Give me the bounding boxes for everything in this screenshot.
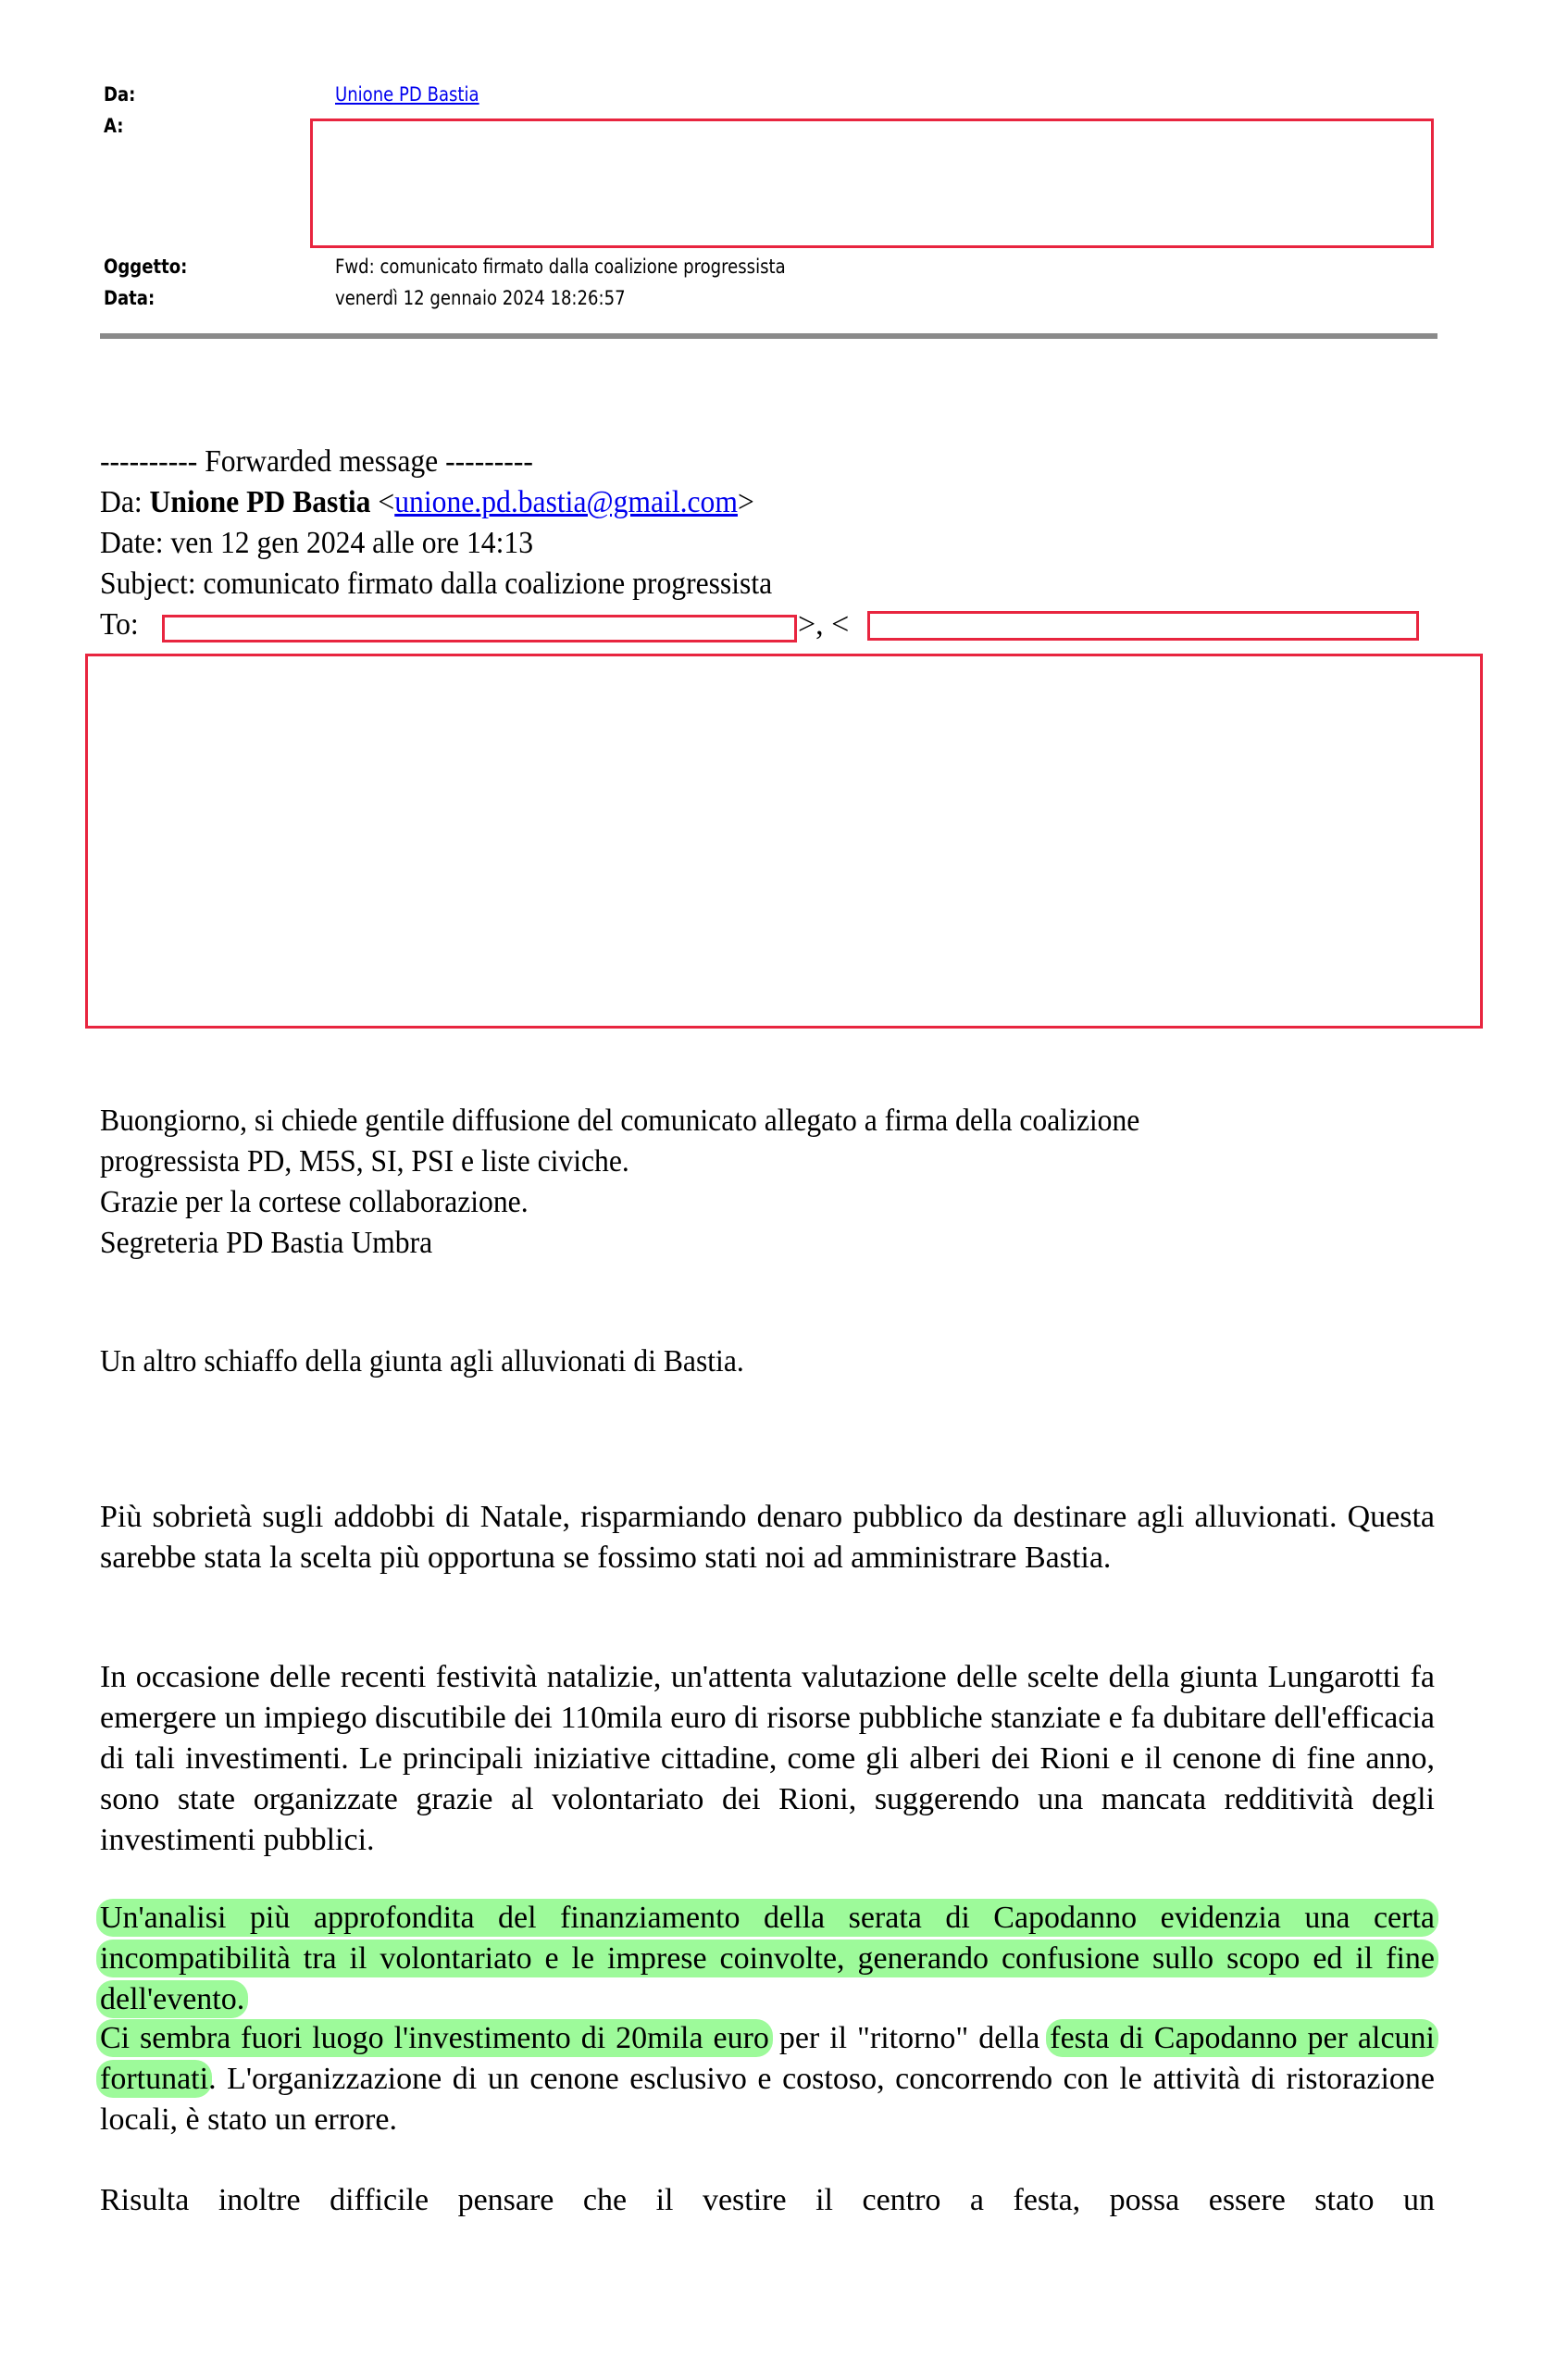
intro-signature: Segreteria PD Bastia Umbra — [100, 1228, 432, 1259]
forwarded-to: To: — [100, 609, 139, 641]
forwarded-date: Date: ven 12 gen 2024 alle ore 14:13 — [100, 528, 533, 559]
to-separator: >, < — [798, 609, 849, 641]
paragraph-5: Risulta inoltre difficile pensare che il… — [100, 2180, 1435, 2221]
redaction-box-recipients — [310, 118, 1434, 248]
date-value: venerdì 12 gennaio 2024 18:26:57 — [335, 287, 626, 309]
redaction-box-to-1 — [162, 615, 797, 642]
bracket-close: > — [738, 485, 754, 519]
subject-label: Oggetto: — [104, 256, 187, 278]
highlight-investment: Ci sembra fuori luogo l'investimento di … — [96, 2019, 773, 2057]
forwarded-banner: ---------- Forwarded message --------- — [100, 446, 533, 478]
paragraph-4: Ci sembra fuori luogo l'investimento di … — [100, 2018, 1435, 2140]
paragraph-3-highlighted: Un'analisi più approfondita del finanzia… — [100, 1898, 1435, 2020]
header-divider — [100, 333, 1437, 339]
intro-line-1: Buongiorno, si chiede gentile diffusione… — [100, 1105, 1139, 1137]
subject-value: Fwd: comunicato firmato dalla coalizione… — [335, 256, 786, 278]
forwarded-subject: Subject: comunicato firmato dalla coaliz… — [100, 568, 772, 600]
paragraph-4-mid: per il "ritorno" della — [769, 2021, 1050, 2055]
redaction-box-to-2 — [867, 611, 1419, 641]
paragraph-4-rest: . L'organizzazione di un cenone esclusiv… — [100, 2062, 1435, 2137]
highlight-p3: Un'analisi più approfondita del finanzia… — [96, 1899, 1438, 2018]
date-label: Data: — [104, 287, 155, 309]
press-release-headline: Un altro schiaffo della giunta agli allu… — [100, 1346, 744, 1378]
paragraph-2: In occasione delle recenti festività nat… — [100, 1657, 1435, 1861]
forwarded-from: Da: Unione PD Bastia <unione.pd.bastia@g… — [100, 487, 754, 518]
redaction-box-recipients-list — [85, 654, 1483, 1029]
from-label: Da: — [104, 83, 135, 106]
bracket-open: < — [370, 485, 394, 519]
intro-line-2: progressista PD, M5S, SI, PSI e liste ci… — [100, 1146, 629, 1178]
forwarded-to-label: To: — [100, 607, 139, 642]
intro-line-3: Grazie per la cortese collaborazione. — [100, 1187, 529, 1218]
paragraph-1: Più sobrietà sugli addobbi di Natale, ri… — [100, 1497, 1435, 1578]
forwarded-from-prefix: Da: — [100, 485, 150, 519]
forwarded-from-email[interactable]: unione.pd.bastia@gmail.com — [394, 485, 738, 519]
forwarded-from-name: Unione PD Bastia — [150, 485, 371, 519]
from-link[interactable]: Unione PD Bastia — [335, 83, 479, 106]
to-label: A: — [104, 115, 124, 137]
